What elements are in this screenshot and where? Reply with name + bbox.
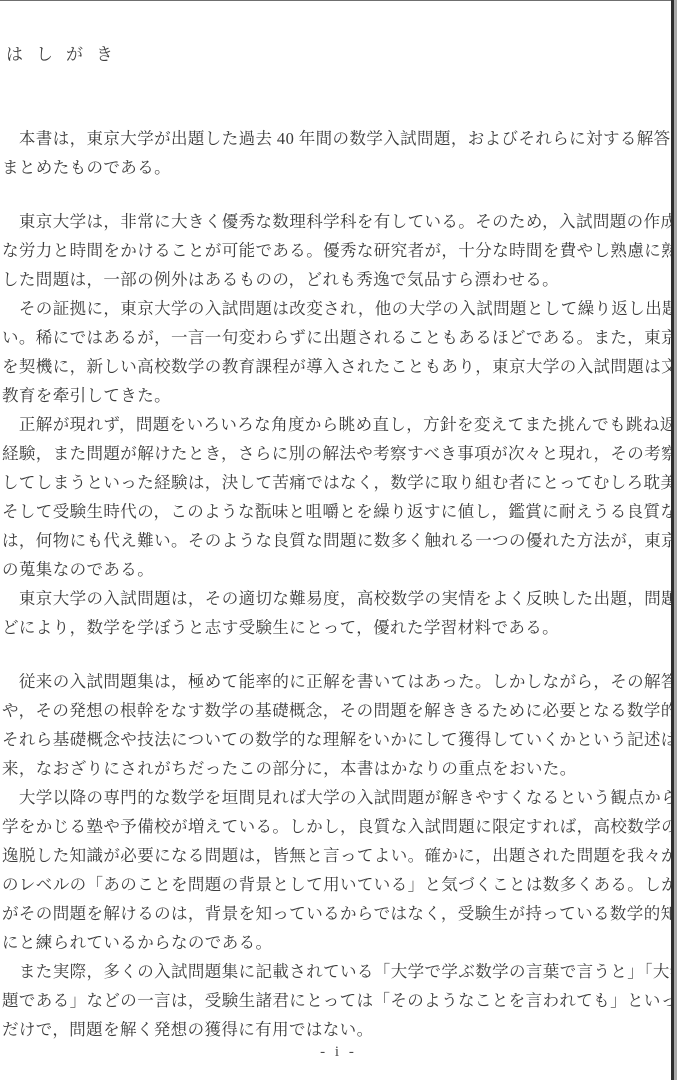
text-line: 来，なおざりにされがちだったこの部分に，本書はかなりの重点をおいた。 — [2, 754, 677, 783]
text-line: がその問題を解けるのは，背景を知っているからではなく，受験生が持っている数学的知… — [2, 899, 677, 928]
paragraph-gap — [2, 182, 677, 207]
paragraph: 東京大学は，非常に大きく優秀な数理科学科を有している。そのため，入試問題の作成や… — [2, 207, 677, 294]
text-line: 東京大学は，非常に大きく優秀な数理科学科を有している。そのため，入試問題の作成や… — [2, 207, 677, 236]
text-line: を契機に，新しい高校数学の教育課程が導入されたこともあり，東京大学の入試問題は文… — [2, 352, 677, 381]
text-line: 本書は，東京大学が出題した過去 40 年間の数学入試問題，およびそれらに対する解… — [2, 124, 677, 153]
text-line: まとめたものである。 — [2, 153, 677, 182]
document-page: はしがき 本書は，東京大学が出題した過去 40 年間の数学入試問題，およびそれら… — [0, 0, 677, 1080]
text-line: のレベルの「あのことを問題の背景として用いている」と気づくことは数多くある。しか… — [2, 870, 677, 899]
text-line: どにより，数学を学ぼうと志す受験生にとって，優れた学習材料である。 — [2, 613, 677, 642]
paragraph: 正解が現れず，問題をいろいろな角度から眺め直し，方針を変えてまた挑んでも跳ね返さ… — [2, 410, 677, 584]
paragraph: 本書は，東京大学が出題した過去 40 年間の数学入試問題，およびそれらに対する解… — [2, 124, 677, 182]
text-line: それら基礎概念や技法についての数学的な理解をいかにして獲得していくかという記述は… — [2, 725, 677, 754]
text-line: や，その発想の根幹をなす数学の基礎概念，その問題を解ききるために必要となる数学的… — [2, 696, 677, 725]
text-line: い。稀にではあるが，一言一句変わらずに出題されることもあるほどである。また，東京… — [2, 323, 677, 352]
text-line: にと練られているからなのである。 — [2, 928, 677, 957]
text-line: 正解が現れず，問題をいろいろな角度から眺め直し，方針を変えてまた挑んでも跳ね返さ… — [2, 410, 677, 439]
text-line: の蒐集なのである。 — [2, 555, 677, 584]
page-number: - i - — [0, 1044, 677, 1061]
paragraph: 大学以降の専門的な数学を垣間見れば大学の入試問題が解きやすくなるという観点から，… — [2, 783, 677, 957]
text-line: そして受験生時代の，このような翫味と咀嚼とを繰り返すに値し，鑑賞に耐えうる良質な… — [2, 497, 677, 526]
text-line: また実際，多くの入試問題集に記載されている「大学で学ぶ数学の言葉で言うと」「大学… — [2, 957, 677, 986]
text-line: 東京大学の入試問題は，その適切な難易度，高校数学の実情をよく反映した出題，問題設… — [2, 584, 677, 613]
text-line: 経験，また問題が解けたとき，さらに別の解法や考察すべき事項が次々と現れ，その考察… — [2, 439, 677, 468]
text-line: その証拠に，東京大学の入試問題は改変され，他の大学の入試問題として繰り返し出題さ… — [2, 294, 677, 323]
text-line: 学をかじる塾や予備校が増えている。しかし，良質な入試問題に限定すれば，高校数学の… — [2, 812, 677, 841]
text-line: してしまうといった経験は，決して苦痛ではなく，数学に取り組む者にとってむしろ耽美… — [2, 468, 677, 497]
paragraph: 従来の入試問題集は，極めて能率的に正解を書いてはあった。しかしながら，その解答の… — [2, 667, 677, 783]
paragraph-gap — [2, 642, 677, 667]
text-line: 従来の入試問題集は，極めて能率的に正解を書いてはあった。しかしながら，その解答の… — [2, 667, 677, 696]
text-line: は，何物にも代え難い。そのような良質な問題に数多く触れる一つの優れた方法が，東京… — [2, 526, 677, 555]
paragraph: その証拠に，東京大学の入試問題は改変され，他の大学の入試問題として繰り返し出題さ… — [2, 294, 677, 410]
preface-body: 本書は，東京大学が出題した過去 40 年間の数学入試問題，およびそれらに対する解… — [2, 124, 677, 1044]
text-line: な労力と時間をかけることが可能である。優秀な研究者が，十分な時間を費やし熟慮に熟… — [2, 236, 677, 265]
text-line: 題である」などの一言は，受験生諸君にとっては「そのようなことを言われても」といっ… — [2, 986, 677, 1015]
paragraph: また実際，多くの入試問題集に記載されている「大学で学ぶ数学の言葉で言うと」「大学… — [2, 957, 677, 1044]
preface-heading: はしがき — [6, 40, 126, 65]
scan-edge-top — [0, 0, 677, 1]
text-line: 大学以降の専門的な数学を垣間見れば大学の入試問題が解きやすくなるという観点から，… — [2, 783, 677, 812]
text-line: 教育を牽引してきた。 — [2, 381, 677, 410]
text-line: 逸脱した知識が必要になる問題は，皆無と言ってよい。確かに，出題された問題を我々が… — [2, 841, 677, 870]
text-line: だけで，問題を解く発想の獲得に有用ではない。 — [2, 1015, 677, 1044]
text-line: した問題は，一部の例外はあるものの，どれも秀逸で気品すら漂わせる。 — [2, 265, 677, 294]
paragraph: 東京大学の入試問題は，その適切な難易度，高校数学の実情をよく反映した出題，問題設… — [2, 584, 677, 642]
